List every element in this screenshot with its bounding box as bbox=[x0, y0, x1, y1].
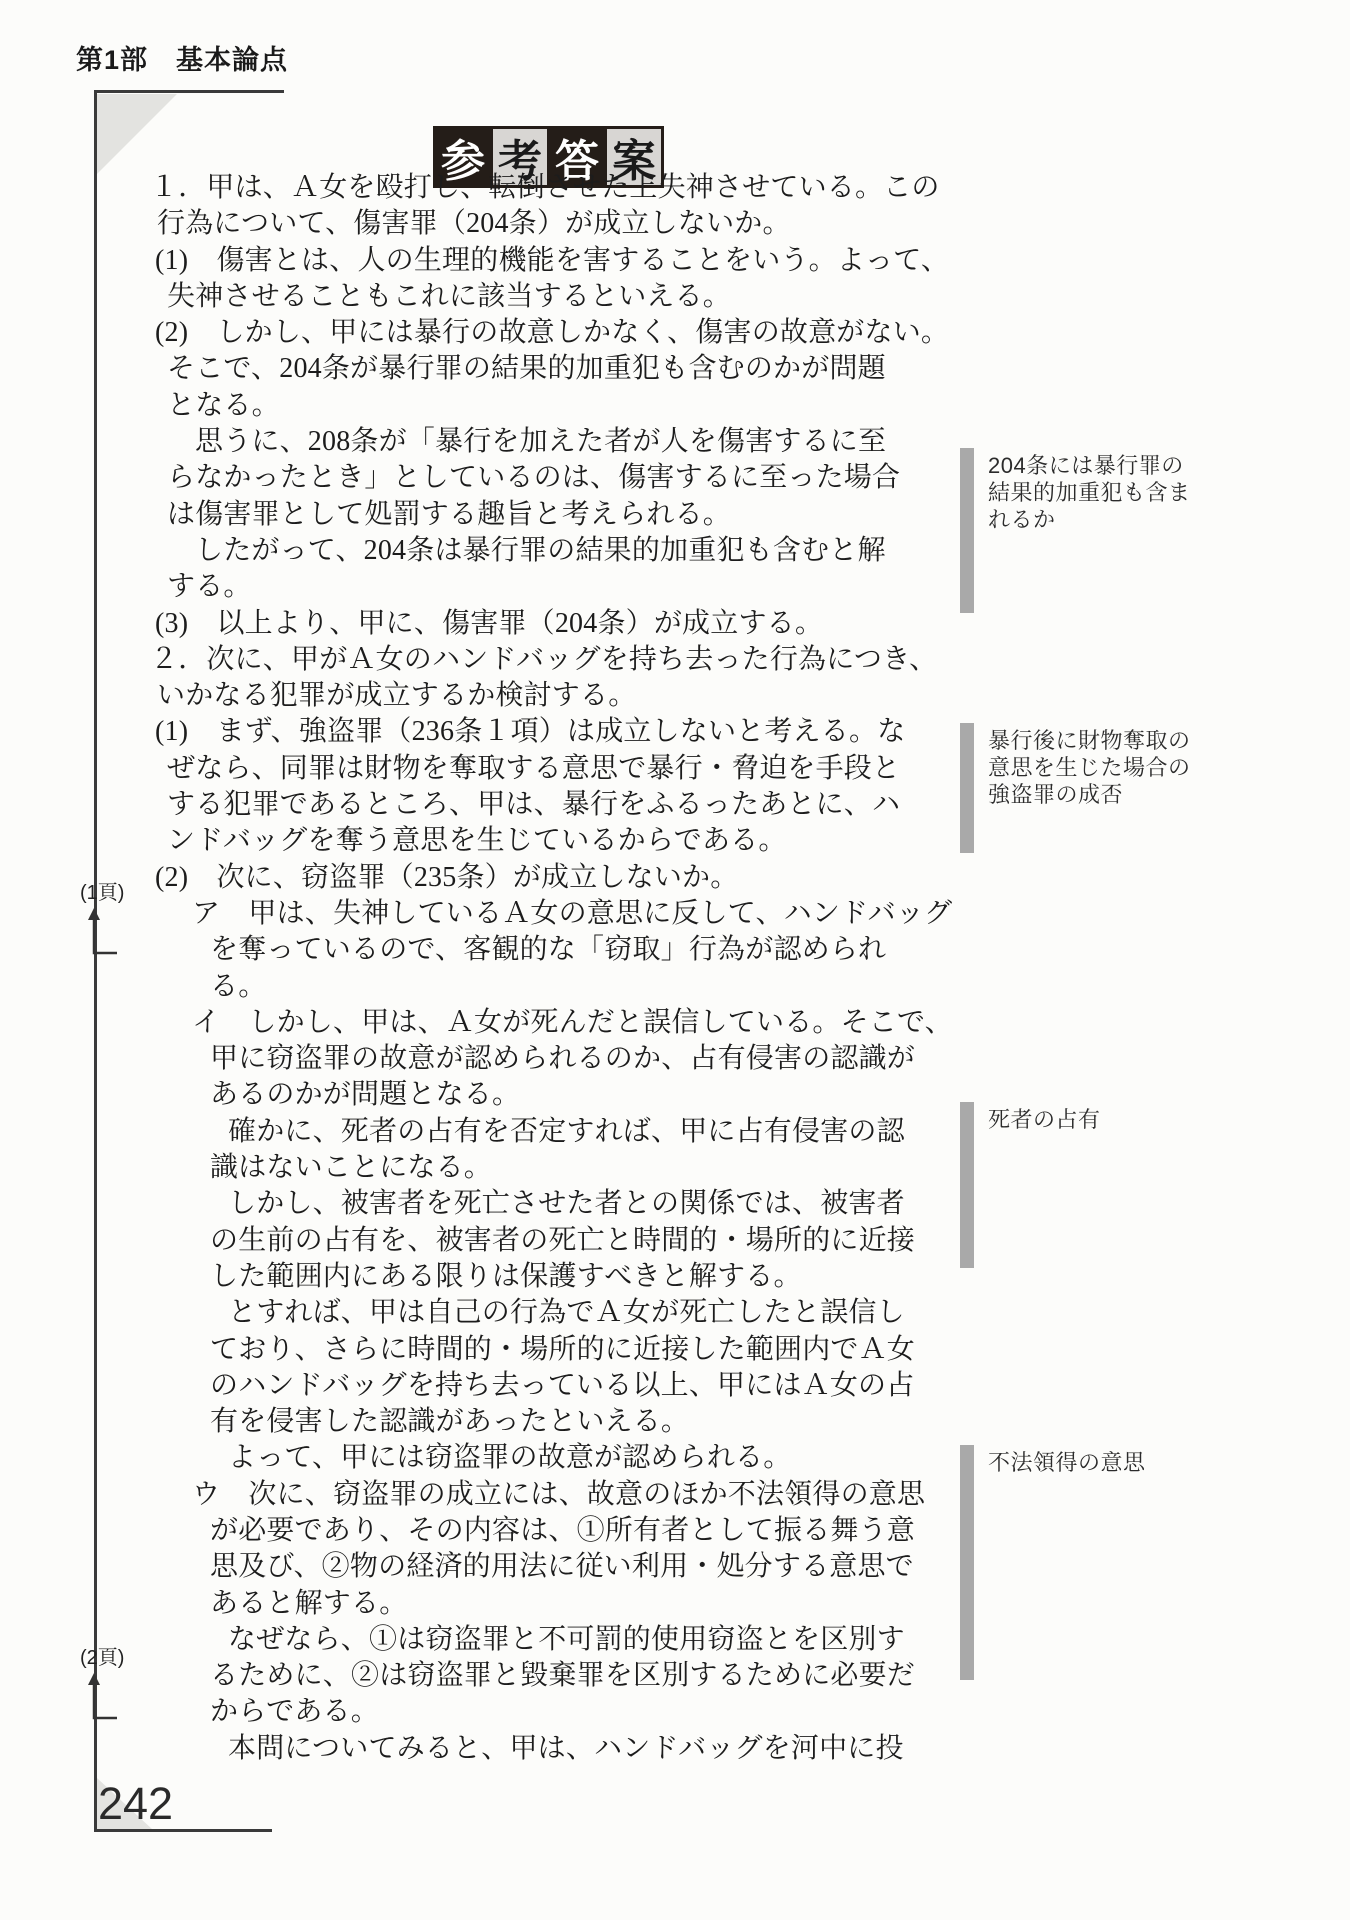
margin-note-line: 結果的加重犯も含ま bbox=[988, 479, 1238, 506]
page-break-marker-2: (2頁) bbox=[80, 1641, 150, 1724]
answer-line-43: からである。 bbox=[150, 1694, 980, 1730]
margin-note-bar bbox=[960, 723, 974, 853]
answer-line-22: を奪っているので、客観的な「窃取」行為が認められ bbox=[150, 932, 980, 968]
margin-note-text: 204条には暴行罪の結果的加重犯も含まれるか bbox=[988, 452, 1238, 533]
answer-line-17: ぜなら、同罪は財物を奪取する意思で暴行・脅迫を手段と bbox=[150, 751, 980, 787]
page-number: 242 bbox=[98, 1780, 173, 1828]
answer-line-2: 行為について、傷害罪（204条）が成立しないか。 bbox=[150, 206, 980, 242]
answer-line-26: あるのかが問題となる。 bbox=[150, 1077, 980, 1113]
answer-line-42: るために、②は窃盗罪と毀棄罪を区別するために必要だ bbox=[150, 1658, 980, 1694]
answer-line-39: 思及び、②物の経済的用法に従い利用・処分する意思で bbox=[150, 1549, 980, 1585]
answer-line-20: (2) 次に、窃盗罪（235条）が成立しないか。 bbox=[150, 860, 980, 896]
answer-line-15: いかなる犯罪が成立するか検討する。 bbox=[150, 678, 980, 714]
margin-note-line: 死者の占有 bbox=[988, 1106, 1238, 1133]
answer-line-5: (2) しかし、甲には暴行の故意しかなく、傷害の故意がない。 bbox=[150, 315, 980, 351]
header-rule bbox=[94, 90, 284, 93]
page-break-label: (1頁) bbox=[80, 876, 150, 905]
margin-note-bar bbox=[960, 1102, 974, 1268]
answer-line-40: あると解する。 bbox=[150, 1586, 980, 1622]
answer-line-38: が必要であり、その内容は、①所有者として振る舞う意 bbox=[150, 1513, 980, 1549]
answer-line-27: 確かに、死者の占有を否定すれば、甲に占有侵害の認 bbox=[150, 1114, 980, 1150]
answer-line-13: (3) 以上より、甲に、傷害罪（204条）が成立する。 bbox=[150, 606, 980, 642]
margin-note-text: 死者の占有 bbox=[988, 1106, 1238, 1133]
answer-line-4: 失神させることもこれに該当するといえる。 bbox=[150, 279, 980, 315]
answer-line-18: する犯罪であるところ、甲は、暴行をふるったあとに、ハ bbox=[150, 787, 980, 823]
answer-line-12: する。 bbox=[150, 569, 980, 605]
margin-note-text: 暴行後に財物奪取の意思を生じた場合の強盗罪の成否 bbox=[988, 727, 1238, 808]
answer-line-30: の生前の占有を、被害者の死亡と時間的・場所的に近接 bbox=[150, 1223, 980, 1259]
answer-line-6: そこで、204条が暴行罪の結果的加重犯も含むのかが問題 bbox=[150, 351, 980, 387]
answer-line-32: とすれば、甲は自己の行為でＡ女が死亡したと誤信し bbox=[150, 1295, 980, 1331]
page-break-label: (2頁) bbox=[80, 1641, 150, 1670]
page-break-marker-1: (1頁) bbox=[80, 876, 150, 959]
answer-line-29: しかし、被害者を死亡させた者との関係では、被害者 bbox=[150, 1186, 980, 1222]
footer-rule bbox=[94, 1829, 272, 1832]
margin-note-bar bbox=[960, 448, 974, 613]
answer-line-36: よって、甲には窃盗罪の故意が認められる。 bbox=[150, 1440, 980, 1476]
answer-line-11: したがって、204条は暴行罪の結果的加重犯も含むと解 bbox=[150, 533, 980, 569]
answer-line-25: 甲に窃盗罪の故意が認められるのか、占有侵害の認識が bbox=[150, 1041, 980, 1077]
answer-line-1: １．甲は、Ａ女を殴打し、転倒させた上失神させている。この bbox=[150, 170, 980, 206]
answer-line-14: ２．次に、甲がＡ女のハンドバッグを持ち去った行為につき、 bbox=[150, 642, 980, 678]
page-break-arrow-icon bbox=[82, 1672, 122, 1724]
left-vertical-rule bbox=[94, 90, 97, 1832]
margin-note-bar bbox=[960, 1445, 974, 1680]
answer-line-24: イ しかし、甲は、Ａ女が死んだと誤信している。そこで、 bbox=[150, 1005, 980, 1041]
chapter-header: 第1部 基本論点 bbox=[76, 38, 288, 77]
answer-line-33: ており、さらに時間的・場所的に近接した範囲内でＡ女 bbox=[150, 1332, 980, 1368]
answer-line-21: ア 甲は、失神しているＡ女の意思に反して、ハンドバッグ bbox=[150, 896, 980, 932]
answer-line-37: ウ 次に、窃盗罪の成立には、故意のほか不法領得の意思 bbox=[150, 1477, 980, 1513]
answer-line-44: 本問についてみると、甲は、ハンドバッグを河中に投 bbox=[150, 1731, 980, 1767]
answer-line-31: した範囲内にある限りは保護すべきと解する。 bbox=[150, 1259, 980, 1295]
answer-line-10: は傷害罪として処罰する趣旨と考えられる。 bbox=[150, 497, 980, 533]
answer-line-8: 思うに、208条が「暴行を加えた者が人を傷害するに至 bbox=[150, 424, 980, 460]
margin-note-text: 不法領得の意思 bbox=[988, 1449, 1238, 1476]
margin-note-line: れるか bbox=[988, 506, 1238, 533]
answer-line-35: 有を侵害した認識があったといえる。 bbox=[150, 1404, 980, 1440]
margin-note-line: 暴行後に財物奪取の bbox=[988, 727, 1238, 754]
margin-note-line: 不法領得の意思 bbox=[988, 1449, 1238, 1476]
answer-line-19: ンドバッグを奪う意思を生じているからである。 bbox=[150, 823, 980, 859]
top-corner-triangle bbox=[97, 94, 177, 174]
margin-note-line: 強盗罪の成否 bbox=[988, 781, 1238, 808]
answer-line-9: らなかったとき」としているのは、傷害するに至った場合 bbox=[150, 460, 980, 496]
answer-line-23: る。 bbox=[150, 969, 980, 1005]
page-break-arrow-icon bbox=[82, 907, 122, 959]
answer-line-7: となる。 bbox=[150, 388, 980, 424]
answer-line-41: なぜなら、①は窃盗罪と不可罰的使用窃盗とを区別す bbox=[150, 1622, 980, 1658]
answer-line-28: 識はないことになる。 bbox=[150, 1150, 980, 1186]
margin-note-line: 意思を生じた場合の bbox=[988, 754, 1238, 781]
answer-line-34: のハンドバッグを持ち去っている以上、甲にはＡ女の占 bbox=[150, 1368, 980, 1404]
answer-line-16: (1) まず、強盗罪（236条１項）は成立しないと考える。な bbox=[150, 714, 980, 750]
answer-line-3: (1) 傷害とは、人の生理的機能を害することをいう。よって、 bbox=[150, 243, 980, 279]
answer-body: １．甲は、Ａ女を殴打し、転倒させた上失神させている。この行為について、傷害罪（2… bbox=[150, 170, 980, 1767]
book-page: 第1部 基本論点 242 参考答案 １．甲は、Ａ女を殴打し、転倒させた上失神させ… bbox=[0, 0, 1350, 1920]
margin-note-line: 204条には暴行罪の bbox=[988, 452, 1238, 479]
